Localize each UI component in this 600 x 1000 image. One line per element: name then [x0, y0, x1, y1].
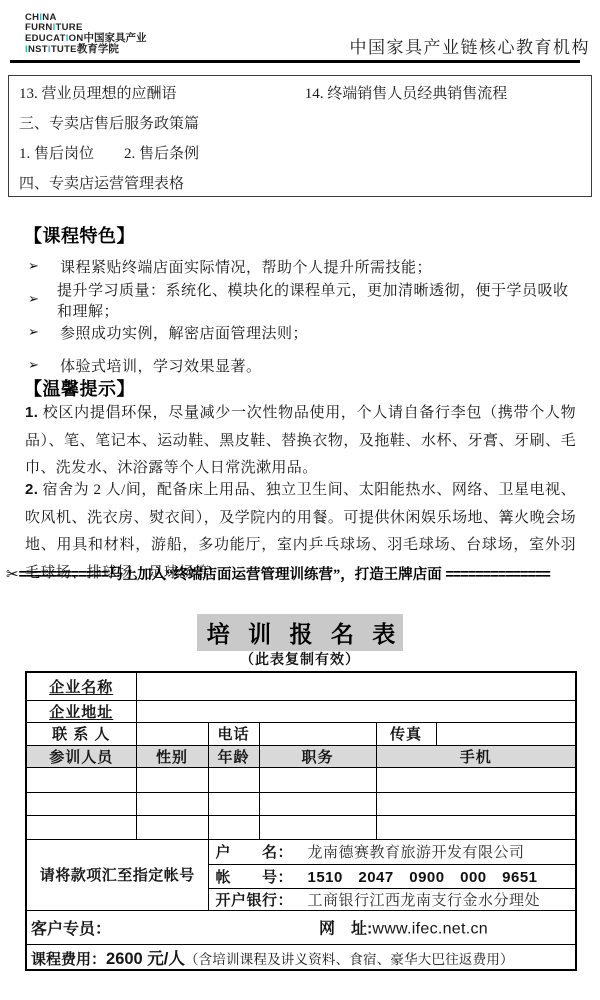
account-name-label: 户 名： [216, 841, 308, 862]
phone-field [259, 722, 376, 745]
tip-paragraph-1: 1. 校区内提倡环保，尽量减少一次性物品使用，个人请自备行李包（携带个人物品）、… [25, 399, 576, 483]
account-no-value: 1510 2047 0900 000 9651 [308, 869, 538, 886]
features-heading: 【课程特色】 [24, 222, 135, 248]
outline-item-13: 13. 营业员理想的应酬语 [19, 79, 301, 109]
form-title: 培 训 报 名 表 [197, 614, 404, 651]
fee-note: （含培训课程及讲义资料、食宿、豪华大巴往返费用） [185, 952, 514, 967]
bank-label: 开户银行： [216, 889, 308, 910]
outline-row-1: 13. 营业员理想的应酬语 14. 终端销售人员经典销售流程 [19, 79, 581, 109]
col-header-mobile: 手机 [376, 745, 576, 767]
agent-label: 客户专员： [31, 921, 111, 938]
table-row-participant-blank [26, 767, 576, 792]
institute-logo: CHINA FURNITURE EDUCATION中国家具产业 INSTITUT… [25, 13, 147, 55]
scissors-icon: ✂ [6, 565, 19, 583]
outline-row-3: 1. 售后岗位 2. 售后条例 [19, 139, 581, 169]
feature-item: ➢ 提升学习质量：系统化、模块化的课程单元，更加清晰透彻，便于学员吸收和理解； [28, 283, 576, 316]
header-divider [10, 60, 580, 63]
fee-value: 2600 元/人 [106, 950, 185, 968]
outline-item-14: 14. 终端销售人员经典销售流程 [305, 86, 508, 102]
col-header-age: 年龄 [208, 745, 259, 767]
features-list: ➢ 课程紧贴终端店面实际情况，帮助个人提升所需技能； ➢ 提升学习质量：系统化、… [28, 250, 576, 382]
account-no-cell: 帐 号：1510 2047 0900 000 9651 [208, 864, 576, 888]
col-header-position: 职务 [259, 745, 376, 767]
bank-name-value: 工商银行江西龙南支行金水分理处 [308, 892, 541, 909]
cut-here-line: ✂============马上加入“终端店面运营管理训练营”，打造王牌店面 ==… [6, 563, 596, 584]
phone-label: 电话 [208, 722, 259, 745]
website-url: www.ifec.net.cn [372, 921, 488, 938]
tips-heading: 【温馨提示】 [24, 375, 135, 401]
contact-label: 联 系 人 [26, 722, 136, 745]
company-addr-field [136, 700, 576, 722]
table-row-account-name: 请将款项汇至指定帐号 户 名：龙南德赛教育旅游开发有限公司 [26, 839, 576, 864]
table-row-company-addr: 企业地址 [26, 700, 576, 722]
account-name-value: 龙南德赛教育旅游开发有限公司 [308, 844, 525, 861]
company-addr-label: 企业地址 [26, 700, 136, 722]
company-name-field [136, 672, 576, 700]
arrow-bullet-icon: ➢ [28, 358, 60, 373]
cut-line-slogan: 马上加入“终端店面运营管理训练营”，打造王牌店面 [108, 567, 445, 583]
table-row-contact: 联 系 人 电话 传真 [26, 722, 576, 745]
table-row-fee: 课程费用：2600 元/人（含培训课程及讲义资料、食宿、豪华大巴往返费用） [26, 944, 576, 970]
form-subtitle: （此表复制有效） [0, 649, 600, 669]
table-header-row: 参训人员 性别 年龄 职务 手机 [26, 745, 576, 767]
company-name-label: 企业名称 [26, 672, 136, 700]
arrow-bullet-icon: ➢ [28, 259, 60, 274]
col-header-gender: 性别 [136, 745, 208, 767]
remit-note: 请将款项汇至指定帐号 [26, 839, 208, 910]
org-tagline: 中国家具产业链核心教育机构 [350, 33, 591, 58]
feature-item: ➢ 参照成功实例，解密店面管理法则； [28, 316, 576, 349]
logo-line-4: INSTITUTE教育学院 [25, 44, 147, 55]
fax-label: 传真 [376, 722, 436, 745]
website-group: 网 址:www.ifec.net.cn [319, 916, 488, 939]
account-name-cell: 户 名：龙南德赛教育旅游开发有限公司 [208, 839, 576, 864]
outline-row-4: 四、专卖店运营管理表格 [19, 169, 581, 199]
table-row-agent: 客户专员： 网 址:www.ifec.net.cn [26, 910, 576, 944]
contact-field [136, 722, 208, 745]
website-label: 网 址: [319, 921, 372, 938]
table-row-participant-blank [26, 815, 576, 839]
course-outline-box: 13. 营业员理想的应酬语 14. 终端销售人员经典销售流程 三、专卖店售后服务… [8, 75, 592, 197]
document-page: CHINA FURNITURE EDUCATION中国家具产业 INSTITUT… [0, 0, 600, 1000]
registration-table: 企业名称 企业地址 联 系 人 电话 传真 参训人员 性别 年龄 职务 手机 [25, 671, 577, 971]
arrow-bullet-icon: ➢ [28, 325, 60, 340]
outline-row-2: 三、专卖店售后服务政策篇 [19, 109, 581, 139]
fee-label: 课程费用： [31, 951, 106, 968]
fax-field [436, 722, 576, 745]
table-row-company-name: 企业名称 [26, 672, 576, 700]
col-header-participant: 参训人员 [26, 745, 136, 767]
bank-cell: 开户银行：工商银行江西龙南支行金水分理处 [208, 888, 576, 910]
table-row-participant-blank [26, 792, 576, 815]
account-no-label: 帐 号： [216, 866, 308, 887]
arrow-bullet-icon: ➢ [28, 292, 57, 307]
